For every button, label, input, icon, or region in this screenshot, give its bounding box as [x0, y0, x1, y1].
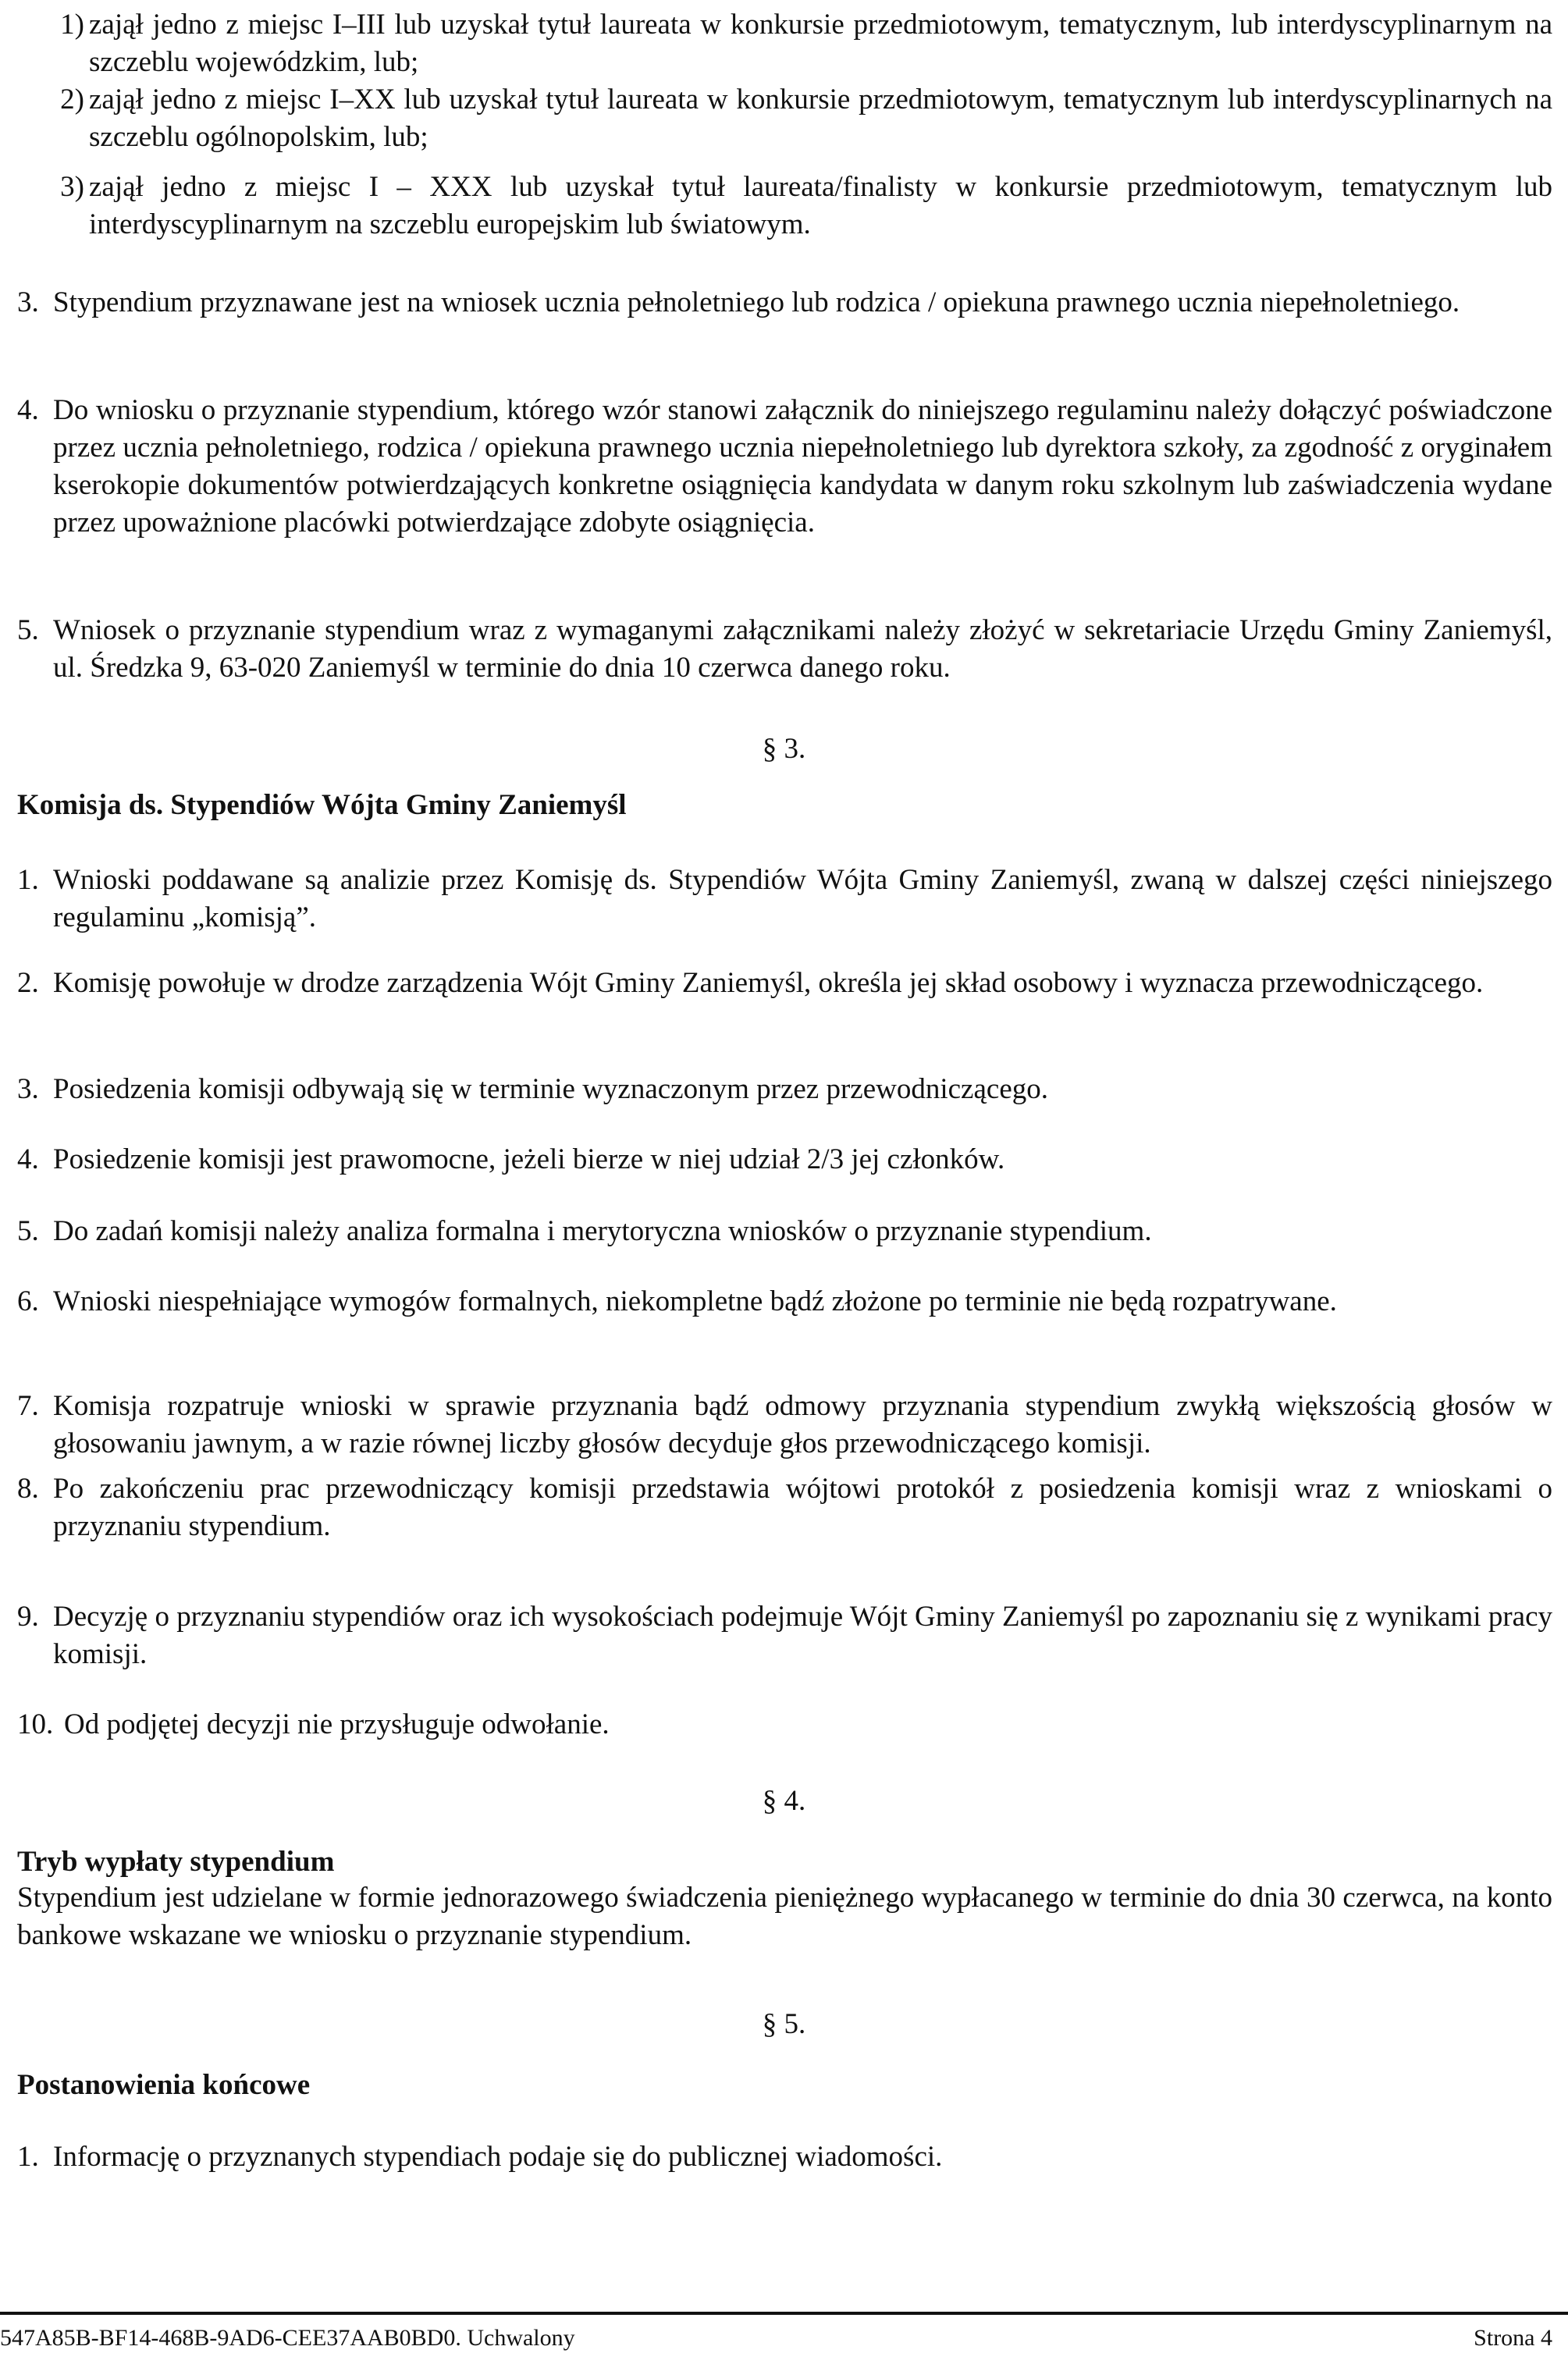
section3-item-7: 7. Komisja rozpatruje wnioski w sprawie … [17, 1388, 1552, 1463]
section3-item-4: 4. Posiedzenie komisji jest prawomocne, … [17, 1141, 1552, 1178]
item-text: Stypendium przyznawane jest na wniosek u… [53, 284, 1552, 322]
item-text: Posiedzenia komisji odbywają się w termi… [53, 1071, 1552, 1108]
item-text: Komisję powołuje w drodze zarządzenia Wó… [53, 965, 1552, 1002]
item-text: Komisja rozpatruje wnioski w sprawie prz… [53, 1388, 1552, 1463]
footer-page-number: Strona 4 [1474, 2324, 1552, 2352]
item-number: 3. [17, 284, 53, 322]
section3-item-3: 3. Posiedzenia komisji odbywają się w te… [17, 1071, 1552, 1108]
footer-rule [0, 2312, 1568, 2315]
sublist-number: 1) [47, 6, 89, 81]
section3-item-5: 5. Do zadań komisji należy analiza forma… [17, 1213, 1552, 1250]
item-text: Od podjętej decyzji nie przysługuje odwo… [64, 1706, 1552, 1744]
section2-item-5: 5. Wniosek o przyznanie stypendium wraz … [17, 612, 1552, 687]
sublist-item-2: 2) zajął jedno z miejsc I–XX lub uzyskał… [47, 81, 1552, 156]
sublist-text: zajął jedno z miejsc I–III lub uzyskał t… [89, 6, 1552, 81]
section2-item-4: 4. Do wniosku o przyznanie stypendium, k… [17, 392, 1552, 542]
item-text: Wniosek o przyznanie stypendium wraz z w… [53, 612, 1552, 687]
section3-item-10: 10. Od podjętej decyzji nie przysługuje … [17, 1706, 1552, 1744]
item-number: 1. [17, 862, 53, 937]
section5-mark: § 5. [0, 2006, 1568, 2043]
section4-heading: Tryb wypłaty stypendium [17, 1843, 334, 1881]
section5-item-1: 1. Informację o przyznanych stypendiach … [17, 2138, 1552, 2176]
section4-mark: § 4. [0, 1783, 1568, 1820]
section3-item-1: 1. Wnioski poddawane są analizie przez K… [17, 862, 1552, 937]
item-number: 1. [17, 2138, 53, 2176]
sublist-number: 2) [47, 81, 89, 156]
sublist-text: zajął jedno z miejsc I – XXX lub uzyskał… [89, 169, 1552, 244]
section2-item-3: 3. Stypendium przyznawane jest na wniose… [17, 284, 1552, 322]
item-number: 3. [17, 1071, 53, 1108]
item-number: 5. [17, 612, 53, 687]
section3-item-9: 9. Decyzję o przyznaniu stypendiów oraz … [17, 1598, 1552, 1673]
sublist-item-1: 1) zajął jedno z miejsc I–III lub uzyska… [47, 6, 1552, 81]
section3-item-8: 8. Po zakończeniu prac przewodniczący ko… [17, 1470, 1552, 1545]
item-number: 7. [17, 1388, 53, 1463]
section4-text: Stypendium jest udzielane w formie jedno… [17, 1879, 1552, 1954]
section3-heading: Komisja ds. Stypendiów Wójta Gminy Zanie… [17, 787, 627, 824]
item-text: Decyzję o przyznaniu stypendiów oraz ich… [53, 1598, 1552, 1673]
item-number: 4. [17, 392, 53, 542]
section3-item-2: 2. Komisję powołuje w drodze zarządzenia… [17, 965, 1552, 1002]
item-number: 8. [17, 1470, 53, 1545]
item-number: 2. [17, 965, 53, 1002]
item-number: 10. [17, 1706, 64, 1744]
sublist-item-3: 3) zajął jedno z miejsc I – XXX lub uzys… [47, 169, 1552, 244]
item-text: Informację o przyznanych stypendiach pod… [53, 2138, 1552, 2176]
item-number: 5. [17, 1213, 53, 1250]
item-text: Wnioski poddawane są analizie przez Komi… [53, 862, 1552, 937]
item-text: Wnioski niespełniające wymogów formalnyc… [53, 1283, 1552, 1321]
sublist-number: 3) [47, 169, 89, 244]
section3-item-6: 6. Wnioski niespełniające wymogów formal… [17, 1283, 1552, 1321]
item-text: Do zadań komisji należy analiza formalna… [53, 1213, 1552, 1250]
item-number: 9. [17, 1598, 53, 1673]
item-text: Do wniosku o przyznanie stypendium, któr… [53, 392, 1552, 542]
section3-mark: § 3. [0, 731, 1568, 768]
item-number: 4. [17, 1141, 53, 1178]
sublist-text: zajął jedno z miejsc I–XX lub uzyskał ty… [89, 81, 1552, 156]
item-text: Po zakończeniu prac przewodniczący komis… [53, 1470, 1552, 1545]
item-number: 6. [17, 1283, 53, 1321]
item-text: Posiedzenie komisji jest prawomocne, jeż… [53, 1141, 1552, 1178]
footer-document-id: 547A85B-BF14-468B-9AD6-CEE37AAB0BD0. Uch… [0, 2324, 575, 2352]
section5-heading: Postanowienia końcowe [17, 2067, 310, 2104]
